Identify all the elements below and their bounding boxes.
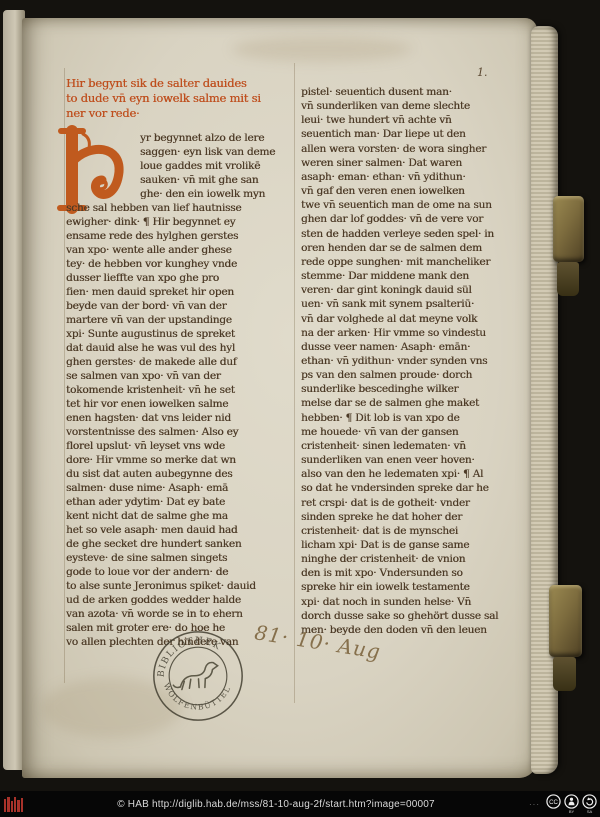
- manuscript-line: dusse veer namen· Asaph· emān·: [301, 340, 531, 354]
- photo-background: 1. Hir begynt sik de salter dauidesto du…: [0, 0, 600, 817]
- manuscript-line: fien· men dauid spreket hir open: [66, 285, 294, 299]
- manuscript-line: yr begynnet alzo de lere: [66, 131, 294, 145]
- manuscript-line: to alse sunte Jeronimus spiket· dauid: [66, 579, 294, 593]
- manuscript-line: van xpo· wente alle ander ghese: [66, 243, 294, 257]
- manuscript-line: ninghe der cristenheit· de vnion: [301, 552, 531, 566]
- footer-dots: ···: [529, 800, 540, 809]
- manuscript-line: ethan· vn̄ ydithun· vnder synden vns: [301, 354, 531, 368]
- manuscript-line: stemme· Dar middene mank den: [301, 269, 531, 283]
- manuscript-line: tet hir vor enen iowelken salme: [66, 397, 294, 411]
- cc-badge[interactable]: CC: [546, 794, 561, 810]
- cc-icon: CC: [546, 794, 561, 809]
- rubric-heading: Hir begynt sik de salter dauidesto dude …: [66, 76, 298, 121]
- clasp-strap: [557, 262, 579, 296]
- manuscript-line: den is mit xpo· Vndersunden so: [301, 566, 531, 580]
- manuscript-line: cristenheit· dat is de mynschei: [301, 524, 531, 538]
- clasp-strap: [553, 657, 576, 691]
- manuscript-line: du sist dat auten aubegynne des: [66, 467, 294, 481]
- manuscript-line: licham xpi· Dat is de ganse same: [301, 538, 531, 552]
- manuscript-line: allen wera vorsten· de wora singher: [301, 142, 531, 156]
- manuscript-line: vn̄ sunderliken van deme slechte: [301, 99, 531, 113]
- svg-text:CC: CC: [549, 799, 558, 806]
- license-badges[interactable]: CC BY SA: [546, 794, 597, 814]
- manuscript-line: tokomende kristenheit· vn̄ he set: [66, 383, 294, 397]
- manuscript-line: dore· Hir vmme so merke dat wn: [66, 453, 294, 467]
- manuscript-line: florel upslut· vn̄ leyset vns wde: [66, 439, 294, 453]
- manuscript-line: sten de hadden verleye seden spel· in: [301, 227, 531, 241]
- manuscript-line: ud de arken goddes wedder halde: [66, 593, 294, 607]
- manuscript-line: sunderlike bescedinghe wilker: [301, 382, 531, 396]
- manuscript-line: beyde van der bord· vn̄ van der: [66, 299, 294, 313]
- manuscript-line: xpi· dat noch in sunden helse· Vn̄: [301, 595, 531, 609]
- manuscript-line: pistel· seuentich dusent man·: [301, 85, 531, 99]
- manuscript-line: de ghe secket dre hundert sanken: [66, 537, 294, 551]
- manuscript-line: sunderliken van enen veer hoven·: [301, 453, 531, 467]
- book-clasp-lower: [549, 585, 582, 657]
- manuscript-line: martere vn̄ van der upstandinge: [66, 313, 294, 327]
- manuscript-line: asaph· eman· ethan· vn̄ ydithun·: [301, 170, 531, 184]
- manuscript-line: kent nicht dat de salme ghe ma: [66, 509, 294, 523]
- hab-logo-icon: [4, 797, 23, 812]
- manuscript-line: sauken· vn̄ mit ghe san: [66, 173, 294, 187]
- svg-text:BIBLIOTHEK: BIBLIOTHEK: [151, 632, 227, 680]
- manuscript-line: ewigher· dink· ¶ Hir begynnet ey: [66, 215, 294, 229]
- image-url[interactable]: http://diglib.hab.de/mss/81-10-aug-2f/st…: [152, 799, 435, 810]
- manuscript-line: xpi· Sunte augustinus de spreket: [66, 327, 294, 341]
- manuscript-line: so dat he vndersinden spreke dar he: [301, 481, 531, 495]
- manuscript-line: se salmen van xpo· vn̄ van der: [66, 369, 294, 383]
- manuscript-line: gode to loue vor der andern· de: [66, 565, 294, 579]
- manuscript-line: enen hagsten· dat vns leider nid: [66, 411, 294, 425]
- book-clasp-upper: [553, 196, 584, 262]
- share-alike-icon: [582, 794, 597, 809]
- manuscript-line: vorstentnisse des salmen· Also ey: [66, 425, 294, 439]
- manuscript-line: tey· de hebben vor kunghey vnde: [66, 257, 294, 271]
- manuscript-line: ensame rede des hylghen gerstes: [66, 229, 294, 243]
- parchment-stain: [232, 36, 412, 62]
- folio-number: 1.: [477, 66, 488, 79]
- stamp-text-top: BIBLIOTHEK: [151, 632, 227, 680]
- manuscript-line: ethan ader ydytim· Dat ey bate: [66, 495, 294, 509]
- attribution-person-icon: [564, 794, 579, 809]
- rubric-line: ner vor rede·: [66, 106, 298, 121]
- manuscript-line: het so vele asaph· men dauid had: [66, 523, 294, 537]
- column-ruling-line: [294, 63, 295, 703]
- manuscript-line: melse dar se de salmen ghe maket: [301, 396, 531, 410]
- manuscript-line: ps van den salmen proude· dorch: [301, 368, 531, 382]
- text-column-right: pistel· seuentich dusent man·vn̄ sunderl…: [301, 85, 531, 637]
- copyright-label: © HAB: [117, 799, 149, 810]
- manuscript-line: oren henden dar se de salmen dem: [301, 241, 531, 255]
- library-stamp: BIBLIOTHEK WOLFENBÜTTEL: [142, 620, 253, 731]
- manuscript-line: twe vn̄ seuentich man de ome na sun: [301, 198, 531, 212]
- manuscript-line: sche sal hebben van lief hautnisse: [66, 201, 294, 215]
- stamp-horse-icon: [171, 661, 221, 692]
- manuscript-line: spreke hir ein iowelk testamente: [301, 580, 531, 594]
- manuscript-line: saggen· eyn lisk van deme: [66, 145, 294, 159]
- manuscript-line: ret crspi· dat is de gotheit· vnder: [301, 496, 531, 510]
- manuscript-line: weren siner salmen· Dat waren: [301, 156, 531, 170]
- manuscript-line: rede oppe sunghen· mit mancheliker: [301, 255, 531, 269]
- rubric-line: to dude vn̄ eyn iowelk salme mit si: [66, 91, 298, 106]
- manuscript-line: me houede· vn̄ van der gansen: [301, 425, 531, 439]
- manuscript-line: veren· dar gint koningk dauid sül: [301, 283, 531, 297]
- cc-sa-badge[interactable]: SA: [582, 794, 597, 814]
- rubric-line: Hir begynt sik de salter dauides: [66, 76, 298, 91]
- manuscript-line: hebben· ¶ Dit lob is van xpo de: [301, 411, 531, 425]
- badge-label: BY: [569, 810, 574, 814]
- manuscript-line: dorch dusse sake so ghehört dusse sal: [301, 609, 531, 623]
- manuscript-line: ghen gerstes· de makede alle duf: [66, 355, 294, 369]
- image-caption: © HAB http://diglib.hab.de/mss/81-10-aug…: [23, 799, 529, 810]
- manuscript-line: uen· vn̄ sank mit synem psalteriū·: [301, 297, 531, 311]
- cc-by-badge[interactable]: BY: [564, 794, 579, 814]
- manuscript-line: cristenheit· sinen ledematen· vn̄: [301, 439, 531, 453]
- manuscript-line: vn̄ dar volghede al dat meyne volk: [301, 312, 531, 326]
- manuscript-line: dusser lieffte van xpo ghe pro: [66, 271, 294, 285]
- manuscript-line: salmen· duse nime· Asaph· emā: [66, 481, 294, 495]
- manuscript-line: leui· twe hundert vn̄ achte vn̄: [301, 113, 531, 127]
- manuscript-line: seuentich man· Dar liepe ut den: [301, 127, 531, 141]
- manuscript-line: also van den he ledematen xpi· ¶ Al: [301, 467, 531, 481]
- image-footer-bar: © HAB http://diglib.hab.de/mss/81-10-aug…: [0, 791, 600, 817]
- manuscript-line: dat dauid alse he was vul des hyl: [66, 341, 294, 355]
- manuscript-line: ghen dar lof goddes· vn̄ de vere vor: [301, 212, 531, 226]
- text-column-left: yr begynnet alzo de leresaggen· eyn lisk…: [66, 131, 294, 649]
- manuscript-line: eysteve· de sine salmen singets: [66, 551, 294, 565]
- manuscript-line: loue gaddes mit vrolikē: [66, 159, 294, 173]
- manuscript-line: ghe· den ein iowelk myn: [66, 187, 294, 201]
- manuscript-line: na der arken· Hir vmme so vindestu: [301, 326, 531, 340]
- manuscript-line: van azota· vn̄ worde se in to ehern: [66, 607, 294, 621]
- manuscript-line: vn̄ gaf den veren enen iowelken: [301, 184, 531, 198]
- manuscript-line: sinden spreke he dat hoher der: [301, 510, 531, 524]
- badge-label: SA: [587, 810, 592, 814]
